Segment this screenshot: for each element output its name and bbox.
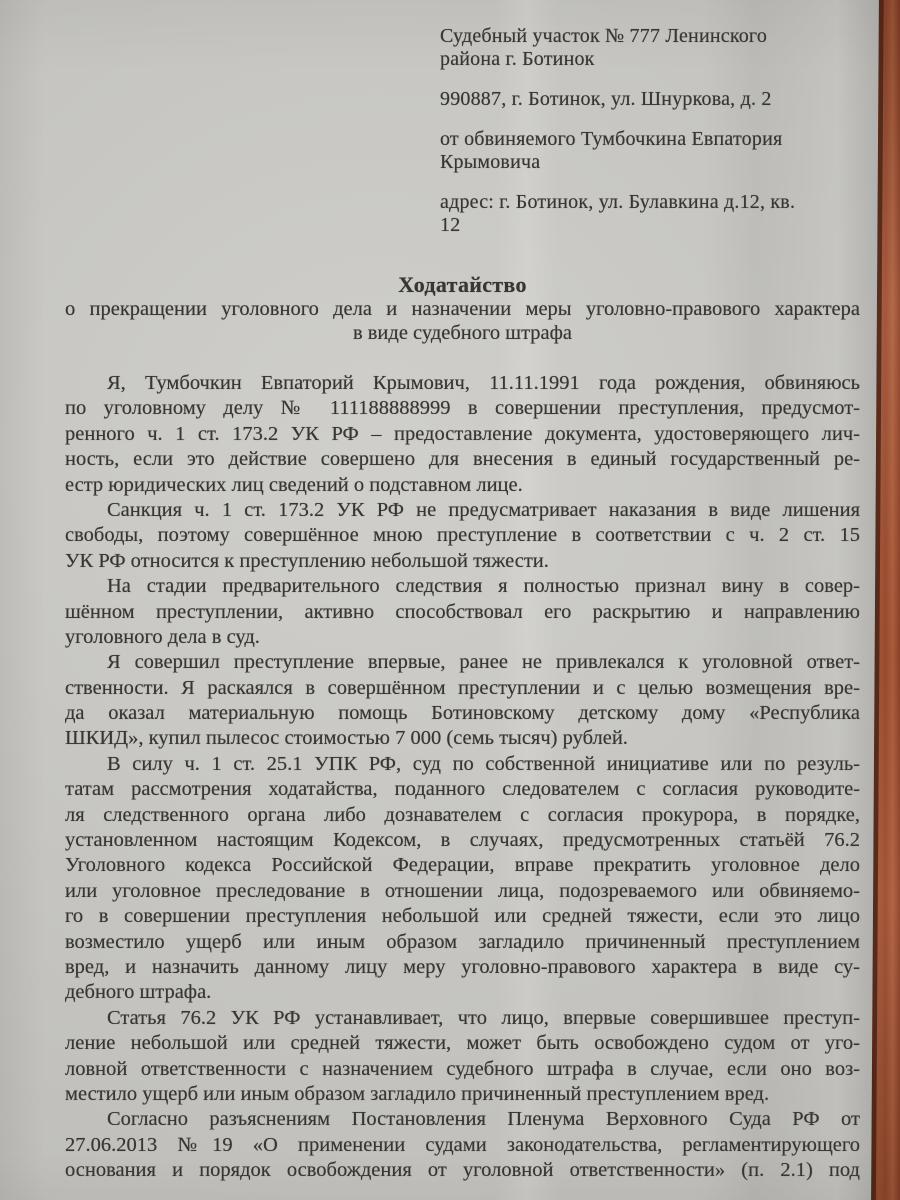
body-line: Санкция ч. 1 ст. 173.2 УК РФ не предусма… <box>65 498 860 523</box>
body-line: Согласно разъяснениям Постановления Плен… <box>65 1107 860 1132</box>
body-line: Уголовного кодекса Российской Федерации,… <box>65 853 860 878</box>
header-line: Судебный участок № 777 Ленинского <box>440 25 862 48</box>
body-line: возместило ущерб или иным образом заглад… <box>65 930 860 955</box>
body-line: местило ущерб или иным образом загладило… <box>65 1082 860 1107</box>
paper-sheet: Судебный участок № 777 Ленинскогорайона … <box>0 0 900 1200</box>
body-line: 27.06.2013 №19 «О применении судами зако… <box>65 1133 860 1158</box>
body-line: вред, и назначить данному лицу меру угол… <box>65 955 860 980</box>
body-paragraph: Санкция ч. 1 ст. 173.2 УК РФ не предусма… <box>65 498 860 574</box>
subtitle-line: о прекращении уголовного дела и назначен… <box>65 298 860 322</box>
body-line: ность, если это действие совершено для в… <box>65 447 860 472</box>
body-paragraph: Я, Тумбочкин Евпаторий Крымович, 11.11.1… <box>65 371 860 498</box>
body-line: основания и порядок освобождения от угол… <box>65 1158 860 1183</box>
header-paragraph: от обвиняемого Тумбочкина ЕвпаторияКрымо… <box>440 128 862 174</box>
body-line: Я, Тумбочкин Евпаторий Крымович, 11.11.1… <box>65 371 860 396</box>
body-line: шённом преступлении, активно способствов… <box>65 600 860 625</box>
header-line: 990887, г. Ботинок, ул. Шнуркова, д. 2 <box>440 88 862 111</box>
body-line: Я совершил преступление впервые, ранее н… <box>65 650 860 675</box>
body-paragraph: Согласно разъяснениям Постановления Плен… <box>65 1107 860 1183</box>
document-subtitle: о прекращении уголовного дела и назначен… <box>65 298 860 345</box>
header-paragraph: Судебный участок № 777 Ленинскогорайона … <box>440 25 862 71</box>
body-line: ловной ответственности с назначением суд… <box>65 1057 860 1082</box>
header-line: адрес: г. Ботинок, ул. Булавкина д.12, к… <box>440 191 862 214</box>
header-line: 12 <box>440 214 862 237</box>
body-line: В силу ч. 1 ст. 25.1 УПК РФ, суд по собс… <box>65 752 860 777</box>
body-line: ственности. Я раскаялся в совершённом пр… <box>65 676 860 701</box>
body-line: ля следственного органа либо дознавателе… <box>65 803 860 828</box>
header-line: Крымовича <box>440 151 862 174</box>
body-paragraph: На стадии предварительного следствия я п… <box>65 574 860 650</box>
body-line: да оказал материальную помощь Ботиновско… <box>65 701 860 726</box>
title-block: Ходатайство о прекращении уголовного дел… <box>65 272 860 345</box>
subtitle-line: в виде судебного штрафа <box>65 322 860 346</box>
body-line: по уголовному делу № 111188888999 в сове… <box>65 396 860 421</box>
body-paragraph: Я совершил преступление впервые, ранее н… <box>65 650 860 752</box>
body-line: Статья 76.2 УК РФ устанавливает, что лиц… <box>65 1006 860 1031</box>
document-title: Ходатайство <box>65 272 860 298</box>
body-line: или уголовное преследование в отношении … <box>65 879 860 904</box>
body-line: ренного ч. 1 ст. 173.2 УК РФ – предостав… <box>65 422 860 447</box>
body-line: ШКИД», купил пылесос стоимостью 7 000 (с… <box>65 726 860 751</box>
body-line: На стадии предварительного следствия я п… <box>65 574 860 599</box>
body-line: установленном настоящим Кодексом, в случ… <box>65 828 860 853</box>
header-paragraph: 990887, г. Ботинок, ул. Шнуркова, д. 2 <box>440 88 862 111</box>
body-paragraph: В силу ч. 1 ст. 25.1 УПК РФ, суд по собс… <box>65 752 860 1006</box>
body-line: уголовного дела в суд. <box>65 625 860 650</box>
body-line: УК РФ относится к преступлению небольшой… <box>65 549 860 574</box>
body-line: ление небольшой или средней тяжести, мож… <box>65 1031 860 1056</box>
court-header-block: Судебный участок № 777 Ленинскогорайона … <box>440 25 862 254</box>
body-line: го в совершении преступления небольшой и… <box>65 904 860 929</box>
header-line: района г. Ботинок <box>440 48 862 71</box>
body-line: естр юридических лиц сведений о подставн… <box>65 473 860 498</box>
document-body: Я, Тумбочкин Евпаторий Крымович, 11.11.1… <box>65 371 860 1184</box>
body-line: татам рассмотрения ходатайства, поданног… <box>65 777 860 802</box>
body-line: дебного штрафа. <box>65 980 860 1005</box>
header-paragraph: адрес: г. Ботинок, ул. Булавкина д.12, к… <box>440 191 862 237</box>
document-photo: Судебный участок № 777 Ленинскогорайона … <box>0 0 900 1200</box>
body-line: свободы, поэтому совершённое мною престу… <box>65 523 860 548</box>
body-paragraph: Статья 76.2 УК РФ устанавливает, что лиц… <box>65 1006 860 1108</box>
header-line: от обвиняемого Тумбочкина Евпатория <box>440 128 862 151</box>
